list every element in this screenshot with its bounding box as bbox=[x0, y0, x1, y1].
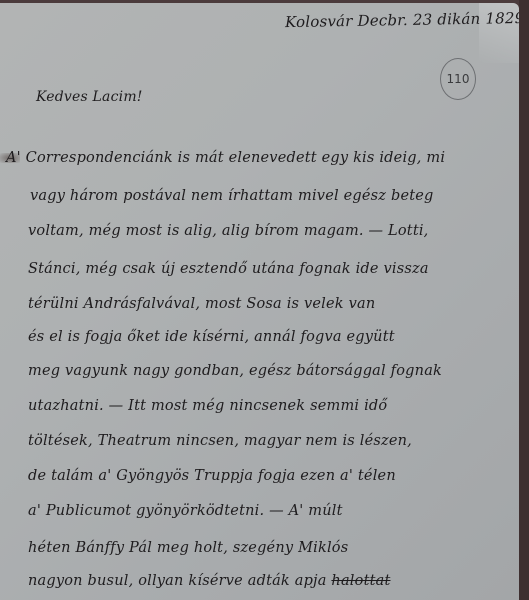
letter-line-6: és el is fogja őket ide kísérni, annál f… bbox=[28, 329, 395, 345]
letter-line-13-text: nagyon busul, ollyan kísérve adták apja bbox=[28, 573, 327, 589]
letter-line-13: nagyon busul, ollyan kísérve adták apja … bbox=[28, 573, 391, 589]
scan-background-right bbox=[519, 0, 529, 600]
letter-page: Kolosvár Decbr. 23 dikán 1829. 110 Kedve… bbox=[0, 3, 519, 600]
letter-line-2: vagy három postával nem írhattam mivel e… bbox=[30, 188, 434, 204]
letter-line-1: A' Correspondenciánk is mát elenevedett … bbox=[6, 150, 445, 166]
letter-salutation: Kedves Lacim! bbox=[36, 89, 143, 105]
letter-line-4: Stánci, még csak új esztendő utána fogna… bbox=[28, 261, 429, 277]
letter-line-3: voltam, még most is alig, alig bírom mag… bbox=[28, 223, 429, 239]
letter-line-10: de talám a' Gyöngyös Truppja fogja ezen … bbox=[28, 468, 396, 484]
letter-line-9: töltések, Theatrum nincsen, magyar nem i… bbox=[28, 433, 412, 449]
letter-line-8: utazhatni. — Itt most még nincsenek semm… bbox=[28, 398, 387, 414]
folio-number-circle: 110 bbox=[440, 58, 476, 100]
struck-out-word: halottat bbox=[331, 573, 390, 589]
letter-line-7: meg vagyunk nagy gondban, egész bátorság… bbox=[28, 363, 442, 379]
folio-number: 110 bbox=[447, 72, 470, 86]
letter-line-5: térülni Andrásfalvával, most Sosa is vel… bbox=[28, 296, 375, 312]
letter-line-11: a' Publicumot gyönyörködtetni. — A' múlt bbox=[28, 503, 343, 519]
letter-line-12: héten Bánffy Pál meg holt, szegény Mikló… bbox=[28, 540, 348, 556]
